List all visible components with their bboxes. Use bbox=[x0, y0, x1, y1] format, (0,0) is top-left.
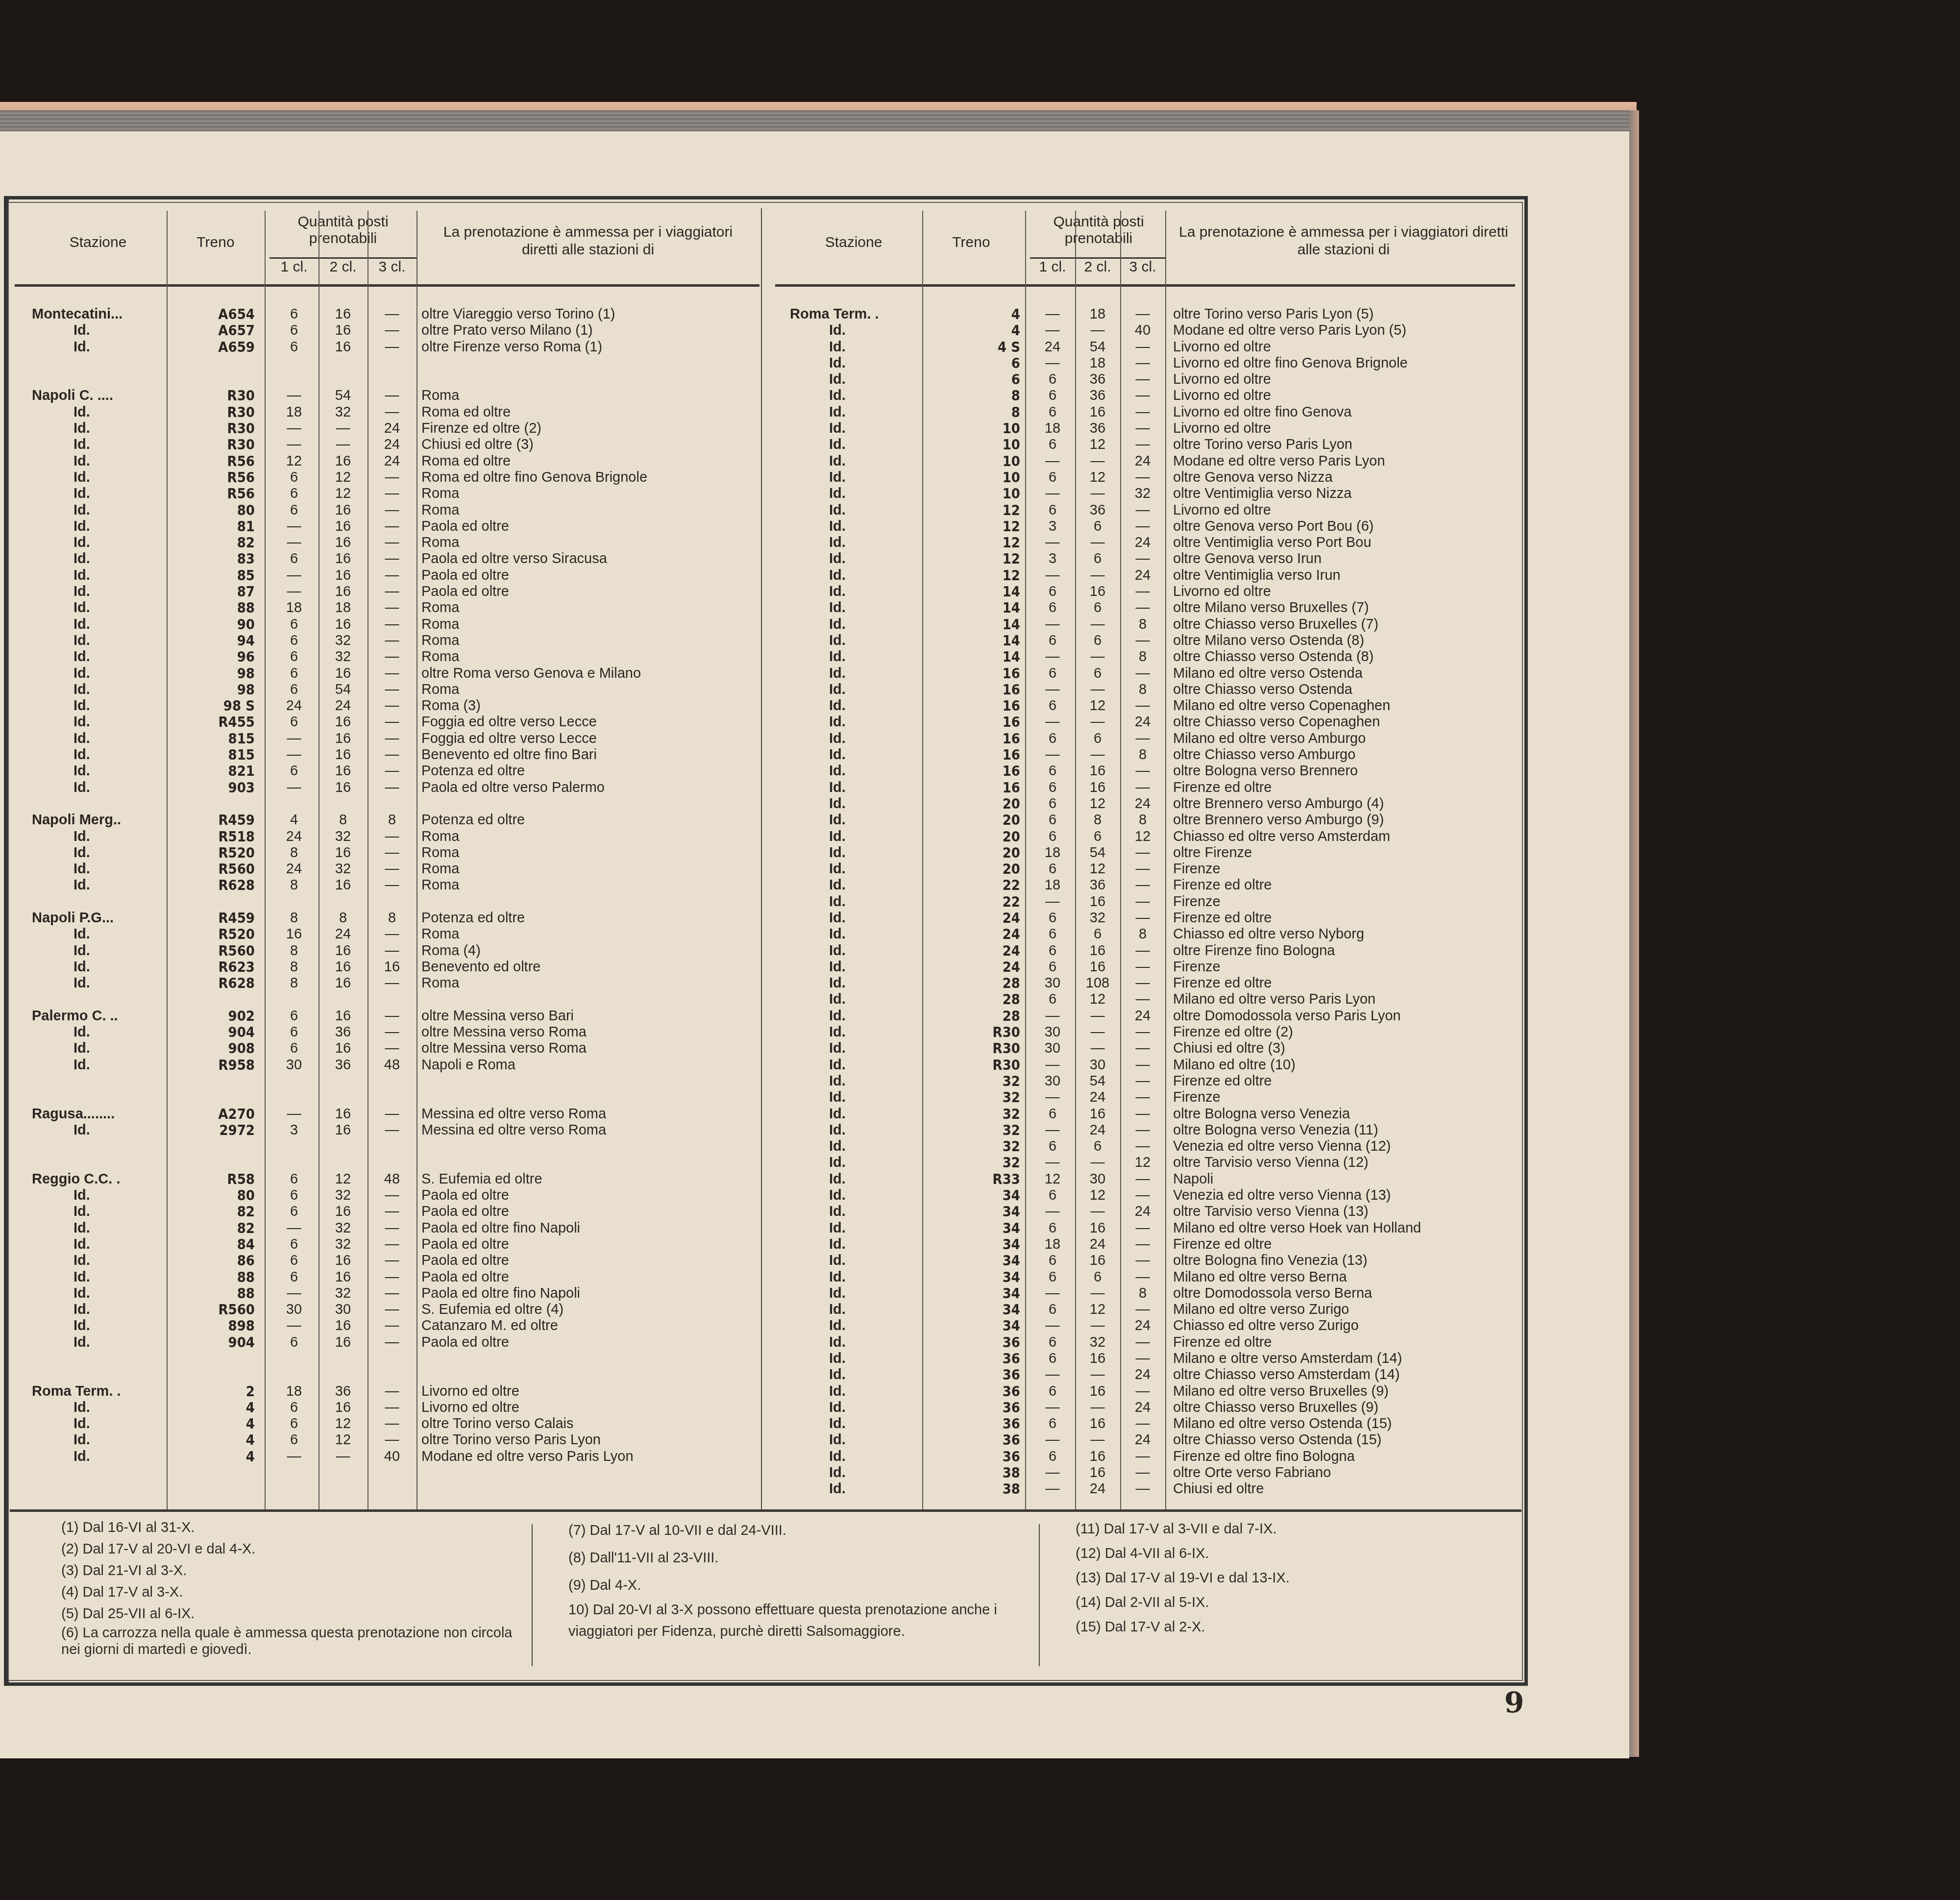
destination-cell: Firenze ed oltre bbox=[1173, 780, 1272, 796]
table-row: Id.R628816—Roma bbox=[15, 975, 759, 991]
header-cl1: 1 cl. bbox=[1030, 257, 1075, 275]
third-class-seats: — bbox=[367, 666, 416, 682]
second-class-seats: 16 bbox=[1075, 584, 1120, 600]
third-class-seats: 8 bbox=[1120, 747, 1165, 763]
first-class-seats: — bbox=[1030, 486, 1075, 502]
table-row: Id.206612Chiasso ed oltre verso Amsterda… bbox=[775, 829, 1515, 845]
train-cell: 12 bbox=[922, 551, 1020, 567]
third-class-seats: — bbox=[1120, 1024, 1165, 1040]
train-cell: 84 bbox=[162, 1236, 255, 1253]
third-class-seats: — bbox=[1120, 1481, 1165, 1497]
footnotes-col1: (1) Dal 16-VI al 31-X. (2) Dal 17-V al 2… bbox=[61, 1517, 527, 1658]
second-class-seats: — bbox=[1075, 568, 1120, 584]
third-class-seats: — bbox=[367, 1269, 416, 1285]
third-class-seats: — bbox=[1120, 894, 1165, 910]
train-cell: R56 bbox=[162, 453, 255, 469]
row-spacer bbox=[15, 371, 759, 388]
third-class-seats: — bbox=[1120, 584, 1165, 600]
destination-cell: oltre Milano verso Bruxelles (7) bbox=[1173, 600, 1369, 616]
second-class-seats: — bbox=[318, 1449, 367, 1465]
second-class-seats: 12 bbox=[1075, 469, 1120, 486]
third-class-seats: — bbox=[367, 568, 416, 584]
table-row: Id.36——24oltre Chiasso verso Bruxelles (… bbox=[775, 1400, 1515, 1416]
second-class-seats: 16 bbox=[318, 943, 367, 959]
second-class-seats: 16 bbox=[1075, 1465, 1120, 1481]
station-cell: Id. bbox=[73, 568, 90, 584]
station-cell: Id. bbox=[73, 763, 90, 779]
table-row: Id.16——8oltre Chiasso verso Amburgo bbox=[775, 747, 1515, 763]
first-class-seats: 24 bbox=[269, 698, 318, 714]
table-row: Napoli P.G...R459888Potenza ed oltre bbox=[15, 910, 759, 926]
page-number: 9 bbox=[1504, 1686, 1524, 1719]
station-cell: Id. bbox=[829, 1334, 846, 1351]
third-class-seats: — bbox=[1120, 1040, 1165, 1057]
second-class-seats: 8 bbox=[318, 812, 367, 828]
third-class-seats: — bbox=[367, 747, 416, 763]
station-cell: Id. bbox=[829, 600, 846, 616]
first-class-seats: 6 bbox=[1030, 437, 1075, 453]
station-cell: Napoli Merg.. bbox=[32, 812, 121, 828]
table-row: Id.815—16—Benevento ed oltre fino Bari bbox=[15, 747, 759, 763]
train-cell: 96 bbox=[162, 649, 255, 665]
table-row: Id.3466—Milano ed oltre verso Berna bbox=[775, 1269, 1515, 1285]
train-cell: 85 bbox=[162, 568, 255, 584]
second-class-seats: 12 bbox=[1075, 991, 1120, 1008]
third-class-seats: 24 bbox=[1120, 568, 1165, 584]
train-cell: R628 bbox=[162, 877, 255, 893]
destination-cell: Napoli bbox=[1173, 1171, 1213, 1187]
table-row: Id.R30—30—Milano ed oltre (10) bbox=[775, 1057, 1515, 1073]
second-class-seats: — bbox=[1075, 1024, 1120, 1040]
destination-cell: oltre Bologna fino Venezia (13) bbox=[1173, 1253, 1368, 1269]
table-row: Id.28——24oltre Domodossola verso Paris L… bbox=[775, 1008, 1515, 1024]
table-row: Id.16——24oltre Chiasso verso Copenaghen bbox=[775, 714, 1515, 730]
train-cell: 36 bbox=[922, 1432, 1020, 1448]
third-class-seats: 40 bbox=[1120, 322, 1165, 339]
first-class-seats: 6 bbox=[1030, 1416, 1075, 1432]
header-quantita: Quantità posti prenotabili bbox=[1030, 214, 1167, 247]
station-cell: Id. bbox=[73, 469, 90, 486]
first-class-seats: 6 bbox=[269, 1432, 318, 1448]
destination-cell: Modane ed oltre verso Paris Lyon bbox=[1173, 453, 1385, 469]
third-class-seats: — bbox=[367, 731, 416, 747]
first-class-seats: — bbox=[1030, 649, 1075, 665]
train-cell: 36 bbox=[922, 1367, 1020, 1383]
train-cell: 20 bbox=[922, 861, 1020, 877]
destination-cell: oltre Brennero verso Amburgo (4) bbox=[1173, 796, 1384, 812]
table-row: Id.88—32—Paola ed oltre fino Napoli bbox=[15, 1285, 759, 1302]
train-cell: 22 bbox=[922, 894, 1020, 910]
station-cell: Id. bbox=[829, 959, 846, 975]
second-class-seats: 16 bbox=[318, 535, 367, 551]
table-row: Id.12——24oltre Ventimiglia verso Port Bo… bbox=[775, 535, 1515, 551]
station-cell: Id. bbox=[829, 1383, 846, 1400]
second-class-seats: 36 bbox=[1075, 877, 1120, 893]
station-cell: Id. bbox=[829, 1106, 846, 1122]
table-row: Id.98616—oltre Roma verso Genova e Milan… bbox=[15, 666, 759, 682]
station-cell: Id. bbox=[829, 1449, 846, 1465]
third-class-seats: — bbox=[1120, 1449, 1165, 1465]
row-spacer bbox=[15, 991, 759, 1008]
table-row: Id.16616—Firenze ed oltre bbox=[775, 780, 1515, 796]
third-class-seats: — bbox=[367, 943, 416, 959]
train-cell: 4 bbox=[162, 1416, 255, 1432]
third-class-seats: — bbox=[1120, 959, 1165, 975]
station-cell: Id. bbox=[829, 975, 846, 991]
first-class-seats: 30 bbox=[269, 1057, 318, 1073]
second-class-seats: 54 bbox=[1075, 1073, 1120, 1089]
station-cell: Id. bbox=[829, 1024, 846, 1040]
station-cell: Id. bbox=[73, 1285, 90, 1302]
station-cell: Id. bbox=[73, 1024, 90, 1040]
third-class-seats: 24 bbox=[1120, 1367, 1165, 1383]
destination-cell: oltre Firenze verso Roma (1) bbox=[421, 339, 602, 355]
second-class-seats: 16 bbox=[318, 568, 367, 584]
third-class-seats: 48 bbox=[367, 1057, 416, 1073]
header-quantita: Quantità posti prenotabili bbox=[269, 214, 416, 247]
station-cell: Id. bbox=[73, 1400, 90, 1416]
table-row: Id.38—16—oltre Orte verso Fabriano bbox=[775, 1465, 1515, 1481]
table-row: Id.94632—Roma bbox=[15, 633, 759, 649]
station-cell: Id. bbox=[829, 1236, 846, 1253]
second-class-seats: 24 bbox=[1075, 1481, 1120, 1497]
second-class-seats: — bbox=[1075, 1040, 1120, 1057]
destination-cell: Firenze ed oltre (2) bbox=[1173, 1024, 1293, 1040]
second-class-seats: 12 bbox=[1075, 861, 1120, 877]
table-row: Id.81—16—Paola ed oltre bbox=[15, 518, 759, 535]
third-class-seats: 24 bbox=[1120, 535, 1165, 551]
station-cell: Id. bbox=[829, 469, 846, 486]
second-class-seats: 6 bbox=[1075, 518, 1120, 535]
train-cell: 34 bbox=[922, 1269, 1020, 1285]
train-cell: 34 bbox=[922, 1204, 1020, 1220]
third-class-seats: — bbox=[367, 306, 416, 322]
table-row: Id.24632—Firenze ed oltre bbox=[775, 910, 1515, 926]
second-class-seats: 16 bbox=[318, 780, 367, 796]
second-class-seats: 12 bbox=[1075, 1302, 1120, 1318]
train-cell: R459 bbox=[162, 910, 255, 926]
destination-cell: oltre Chiasso verso Ostenda bbox=[1173, 682, 1352, 698]
destination-cell: oltre Ventimiglia verso Irun bbox=[1173, 568, 1341, 584]
destination-cell: Paola ed oltre bbox=[421, 1269, 509, 1285]
second-class-seats: — bbox=[1075, 1432, 1120, 1448]
station-cell: Id. bbox=[829, 437, 846, 453]
second-class-seats: — bbox=[1075, 1318, 1120, 1334]
second-class-seats: 16 bbox=[318, 306, 367, 322]
station-cell: Id. bbox=[73, 1122, 90, 1138]
header-stazione: Stazione bbox=[24, 234, 171, 251]
first-class-seats: 6 bbox=[1030, 502, 1075, 518]
first-class-seats: 18 bbox=[269, 1383, 318, 1400]
second-class-seats: 16 bbox=[318, 1269, 367, 1285]
first-class-seats: 24 bbox=[1030, 339, 1075, 355]
first-class-seats: — bbox=[269, 1449, 318, 1465]
destination-cell: S. Eufemia ed oltre bbox=[421, 1171, 542, 1187]
train-cell: R958 bbox=[162, 1057, 255, 1073]
third-class-seats: — bbox=[1120, 1302, 1165, 1318]
station-cell: Id. bbox=[829, 1220, 846, 1236]
table-row: Id.821616—Potenza ed oltre bbox=[15, 763, 759, 779]
table-row: Id.R455616—Foggia ed oltre verso Lecce bbox=[15, 714, 759, 730]
footnotes-col3: (11) Dal 17-V al 3-VII e dal 7-IX. (12) … bbox=[1076, 1517, 1492, 1639]
second-class-seats: 6 bbox=[1075, 1269, 1120, 1285]
destination-cell: Livorno ed oltre bbox=[421, 1400, 519, 1416]
destination-cell: Firenze bbox=[1173, 894, 1221, 910]
train-cell: 16 bbox=[922, 747, 1020, 763]
station-cell: Id. bbox=[829, 1155, 846, 1171]
train-cell: R30 bbox=[162, 388, 255, 404]
station-cell: Id. bbox=[73, 682, 90, 698]
third-class-seats: — bbox=[1120, 1073, 1165, 1089]
destination-cell: Roma bbox=[421, 502, 459, 518]
first-class-seats: — bbox=[269, 731, 318, 747]
second-class-seats: 16 bbox=[318, 959, 367, 975]
destination-cell: Livorno ed oltre bbox=[1173, 371, 1271, 388]
second-class-seats: 6 bbox=[1075, 551, 1120, 567]
table-row: Reggio C.C. .R5861248S. Eufemia ed oltre bbox=[15, 1171, 759, 1187]
destination-cell: Chiusi ed oltre bbox=[1173, 1481, 1264, 1497]
train-cell: 34 bbox=[922, 1253, 1020, 1269]
first-class-seats: 8 bbox=[269, 910, 318, 926]
header-cl2: 2 cl. bbox=[318, 257, 367, 275]
first-class-seats: 6 bbox=[269, 502, 318, 518]
footnote-col-rule bbox=[532, 1524, 533, 1666]
first-class-seats: — bbox=[1030, 682, 1075, 698]
third-class-seats: — bbox=[367, 388, 416, 404]
column-rule bbox=[318, 211, 319, 1509]
station-cell: Id. bbox=[829, 486, 846, 502]
first-class-seats: 18 bbox=[1030, 420, 1075, 437]
row-spacer bbox=[15, 1367, 759, 1383]
second-class-seats: 16 bbox=[1075, 1383, 1120, 1400]
second-class-seats: 12 bbox=[1075, 796, 1120, 812]
third-class-seats: — bbox=[1120, 1122, 1165, 1138]
station-cell: Id. bbox=[829, 796, 846, 812]
third-class-seats: 48 bbox=[367, 1171, 416, 1187]
first-class-seats: 8 bbox=[269, 959, 318, 975]
station-cell: Id. bbox=[73, 731, 90, 747]
train-cell: 20 bbox=[922, 829, 1020, 845]
footnote: (11) Dal 17-V al 3-VII e dal 7-IX. bbox=[1076, 1517, 1492, 1541]
third-class-seats: — bbox=[1120, 355, 1165, 371]
train-cell: 38 bbox=[922, 1465, 1020, 1481]
train-cell: 36 bbox=[922, 1400, 1020, 1416]
second-class-seats: 6 bbox=[1075, 731, 1120, 747]
first-class-seats: 30 bbox=[269, 1302, 318, 1318]
station-cell: Id. bbox=[829, 1171, 846, 1187]
station-cell: Id. bbox=[829, 1073, 846, 1089]
train-cell: 32 bbox=[922, 1073, 1020, 1089]
third-class-seats: — bbox=[367, 1334, 416, 1351]
second-class-seats: — bbox=[1075, 453, 1120, 469]
third-class-seats: — bbox=[1120, 306, 1165, 322]
second-class-seats: — bbox=[1075, 486, 1120, 502]
third-class-seats: — bbox=[367, 600, 416, 616]
third-class-seats: — bbox=[367, 535, 416, 551]
third-class-seats: 8 bbox=[367, 910, 416, 926]
third-class-seats: — bbox=[367, 1122, 416, 1138]
station-cell: Id. bbox=[829, 1057, 846, 1073]
table-row: Id.4 S2454—Livorno ed oltre bbox=[775, 339, 1515, 355]
destination-cell: oltre Orte verso Fabriano bbox=[1173, 1465, 1331, 1481]
first-class-seats: 6 bbox=[269, 1334, 318, 1351]
table-row: Id.R30——24Chiusi ed oltre (3) bbox=[15, 437, 759, 453]
third-class-seats: — bbox=[1120, 1334, 1165, 1351]
third-class-seats: — bbox=[367, 1432, 416, 1448]
third-class-seats: — bbox=[1120, 861, 1165, 877]
destination-cell: Roma bbox=[421, 682, 459, 698]
third-class-seats: 40 bbox=[367, 1449, 416, 1465]
station-cell: Id. bbox=[829, 682, 846, 698]
station-cell: Id. bbox=[829, 714, 846, 730]
train-cell: 16 bbox=[922, 682, 1020, 698]
table-row: Id.R3030——Chiusi ed oltre (3) bbox=[775, 1040, 1515, 1057]
table-row: Id.28612—Milano ed oltre verso Paris Lyo… bbox=[775, 991, 1515, 1008]
table-row: Id.86616—Paola ed oltre bbox=[15, 1253, 759, 1269]
station-cell: Id. bbox=[73, 1236, 90, 1253]
train-cell: 22 bbox=[922, 877, 1020, 893]
station-cell: Id. bbox=[73, 551, 90, 567]
destination-cell: Paola ed oltre fino Napoli bbox=[421, 1285, 580, 1302]
table-row: Id.14616—Livorno ed oltre bbox=[775, 584, 1515, 600]
third-class-seats: — bbox=[367, 617, 416, 633]
table-row: Id.34612—Milano ed oltre verso Zurigo bbox=[775, 1302, 1515, 1318]
first-class-seats: — bbox=[1030, 894, 1075, 910]
third-class-seats: 8 bbox=[1120, 1285, 1165, 1302]
station-cell: Id. bbox=[73, 453, 90, 469]
destination-cell: oltre Chiasso verso Ostenda (15) bbox=[1173, 1432, 1382, 1448]
second-class-seats: 32 bbox=[1075, 1334, 1120, 1351]
destination-cell: Modane ed oltre verso Paris Lyon (5) bbox=[1173, 322, 1406, 339]
table-row: Id.20688oltre Brennero verso Amburgo (9) bbox=[775, 812, 1515, 828]
header-treno: Treno bbox=[171, 234, 260, 251]
station-cell: Id. bbox=[829, 1351, 846, 1367]
table-row: Id.83616—Paola ed oltre verso Siracusa bbox=[15, 551, 759, 567]
second-class-seats: 16 bbox=[1075, 894, 1120, 910]
station-cell: Id. bbox=[73, 714, 90, 730]
third-class-seats: — bbox=[1120, 404, 1165, 420]
table-row: Id.85—16—Paola ed oltre bbox=[15, 568, 759, 584]
second-class-seats: 16 bbox=[1075, 1449, 1120, 1465]
second-class-seats: 16 bbox=[318, 1122, 367, 1138]
second-class-seats: 16 bbox=[318, 453, 367, 469]
station-cell: Id. bbox=[829, 371, 846, 388]
destination-cell: Paola ed oltre verso Siracusa bbox=[421, 551, 607, 567]
destination-cell: Firenze ed oltre bbox=[1173, 910, 1272, 926]
second-class-seats: 16 bbox=[318, 1008, 367, 1024]
train-cell: 2972 bbox=[162, 1122, 255, 1138]
destination-cell: oltre Torino verso Calais bbox=[421, 1416, 574, 1432]
train-cell: 36 bbox=[922, 1351, 1020, 1367]
destination-cell: Firenze ed oltre bbox=[1173, 1334, 1272, 1351]
third-class-seats: — bbox=[1120, 1138, 1165, 1155]
train-cell: 14 bbox=[922, 584, 1020, 600]
station-cell: Roma Term. . bbox=[790, 306, 879, 322]
second-class-seats: 16 bbox=[318, 502, 367, 518]
table-row: Id.1236—oltre Genova verso Port Bou (6) bbox=[775, 518, 1515, 535]
destination-cell: Messina ed oltre verso Roma bbox=[421, 1122, 606, 1138]
first-class-seats: 6 bbox=[1030, 1351, 1075, 1367]
destination-cell: Roma bbox=[421, 649, 459, 665]
destination-cell: Milano ed oltre verso Copenaghen bbox=[1173, 698, 1390, 714]
station-cell: Id. bbox=[73, 1432, 90, 1448]
destination-cell: oltre Chiasso verso Amsterdam (14) bbox=[1173, 1367, 1400, 1383]
station-cell: Id. bbox=[73, 1057, 90, 1073]
station-cell: Id. bbox=[829, 1416, 846, 1432]
destination-cell: oltre Genova verso Irun bbox=[1173, 551, 1322, 567]
third-class-seats: — bbox=[367, 584, 416, 600]
train-cell: 32 bbox=[922, 1122, 1020, 1138]
second-class-seats: 18 bbox=[318, 600, 367, 616]
destination-cell: Firenze ed oltre bbox=[1173, 975, 1272, 991]
train-cell: 82 bbox=[162, 1220, 255, 1236]
station-cell: Id. bbox=[829, 584, 846, 600]
first-class-seats: 6 bbox=[269, 1236, 318, 1253]
train-cell: 16 bbox=[922, 763, 1020, 779]
train-cell: 82 bbox=[162, 1204, 255, 1220]
first-class-seats: 3 bbox=[1030, 518, 1075, 535]
table-row: Id.1666—Milano ed oltre verso Amburgo bbox=[775, 731, 1515, 747]
table-row: Id.82—16—Roma bbox=[15, 535, 759, 551]
third-class-seats: 24 bbox=[1120, 1008, 1165, 1024]
first-class-seats: 18 bbox=[269, 404, 318, 420]
destination-cell: Firenze ed oltre bbox=[1173, 1236, 1272, 1253]
third-class-seats: — bbox=[1120, 1220, 1165, 1236]
second-class-seats: 12 bbox=[318, 1432, 367, 1448]
third-class-seats: — bbox=[1120, 1236, 1165, 1253]
station-cell: Id. bbox=[73, 584, 90, 600]
second-class-seats: — bbox=[318, 420, 367, 437]
table-row: Id.R331230—Napoli bbox=[775, 1171, 1515, 1187]
second-class-seats: 16 bbox=[1075, 1253, 1120, 1269]
second-class-seats: — bbox=[1075, 649, 1120, 665]
table-row: Id.2061224oltre Brennero verso Amburgo (… bbox=[775, 796, 1515, 812]
destination-cell: Benevento ed oltre fino Bari bbox=[421, 747, 597, 763]
third-class-seats: — bbox=[367, 322, 416, 339]
second-class-seats: 32 bbox=[318, 1187, 367, 1204]
table-row: Id.10——32oltre Ventimiglia verso Nizza bbox=[775, 486, 1515, 502]
first-class-seats: — bbox=[1030, 714, 1075, 730]
table-row: Id.R301832—Roma ed oltre bbox=[15, 404, 759, 420]
second-class-seats: 108 bbox=[1075, 975, 1120, 991]
train-cell: 28 bbox=[922, 1008, 1020, 1024]
destination-cell: oltre Chiasso verso Ostenda (8) bbox=[1173, 649, 1373, 665]
first-class-seats: — bbox=[269, 584, 318, 600]
destination-cell: oltre Bologna verso Brennero bbox=[1173, 763, 1358, 779]
train-cell: 16 bbox=[922, 780, 1020, 796]
third-class-seats: — bbox=[1120, 388, 1165, 404]
station-cell: Id. bbox=[829, 877, 846, 893]
destination-cell: Roma bbox=[421, 535, 459, 551]
destination-cell: Modane ed oltre verso Paris Lyon bbox=[421, 1449, 634, 1465]
train-cell: 24 bbox=[922, 910, 1020, 926]
footnote: (4) Dal 17-V al 3-X. bbox=[61, 1581, 527, 1603]
station-cell: Id. bbox=[73, 975, 90, 991]
destination-cell: oltre Torino verso Paris Lyon (5) bbox=[1173, 306, 1373, 322]
train-cell: R520 bbox=[162, 845, 255, 861]
third-class-seats: — bbox=[367, 1236, 416, 1253]
destination-cell: Napoli e Roma bbox=[421, 1057, 515, 1073]
destination-cell: Roma bbox=[421, 926, 459, 942]
train-cell: R30 bbox=[922, 1057, 1020, 1073]
first-class-seats: — bbox=[269, 568, 318, 584]
second-class-seats: 6 bbox=[1075, 1138, 1120, 1155]
train-cell: 34 bbox=[922, 1187, 1020, 1204]
station-cell: Id. bbox=[829, 845, 846, 861]
table-row: Id.12——24oltre Ventimiglia verso Irun bbox=[775, 568, 1515, 584]
first-class-seats: 6 bbox=[269, 649, 318, 665]
train-cell: 36 bbox=[922, 1416, 1020, 1432]
